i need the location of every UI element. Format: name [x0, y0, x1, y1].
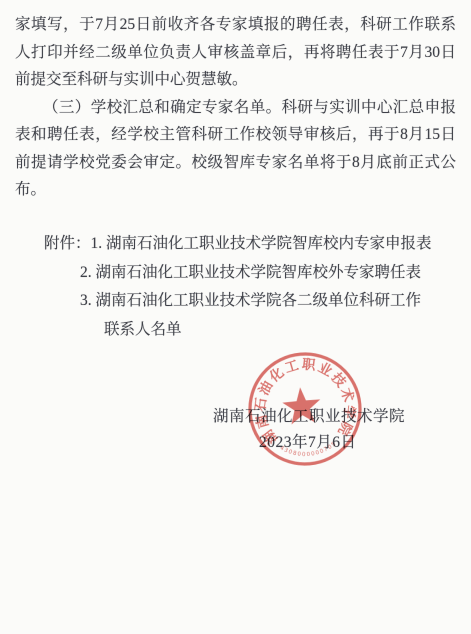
document-page: 家填写，于7月25日前收齐各专家填报的聘任表，科研工作联系 人打印并经二级单位负… [0, 0, 471, 634]
body-line: （三）学校汇总和确定专家名单。科研与实训中心汇总申报 [15, 94, 456, 122]
attachment-item: 2. 湖南石油化工职业技术学院智库校外专家聘任表 [44, 259, 464, 288]
body-line: 布。 [15, 176, 456, 204]
body-line: 人打印并经二级单位负责人审核盖章后，再将聘任表于7月30日 [15, 39, 456, 67]
body-line: 表和聘任表，经学校主管科研工作校领导审核后，再于8月15日 [15, 121, 456, 149]
attachments-label-line: 附件：1. 湖南石油化工职业技术学院智库校内专家申报表 [44, 230, 464, 259]
body-line: 前提交至科研与实训中心贺慧敏。 [15, 66, 456, 94]
star-icon [281, 386, 322, 425]
body-line: 家填写，于7月25日前收齐各专家填报的聘任表，科研工作联系 [15, 11, 456, 39]
body-line: 前提请学校党委会审定。校级智库专家名单将于8月底前正式公 [15, 149, 456, 177]
document-body: 家填写，于7月25日前收齐各专家填报的聘任表，科研工作联系 人打印并经二级单位负… [15, 11, 456, 204]
attachment-item: 3. 湖南石油化工职业技术学院各二级单位科研工作 [44, 287, 464, 316]
scanned-document: { "page": { "background_color": "#fbfbf9… [0, 0, 471, 634]
attachment-item-continuation: 联系人名单 [44, 316, 464, 345]
official-seal: 湖南石油化工职业技术学院 4308000000705 [229, 333, 381, 485]
attachments-block: 附件：1. 湖南石油化工职业技术学院智库校内专家申报表 2. 湖南石油化工职业技… [44, 230, 464, 344]
